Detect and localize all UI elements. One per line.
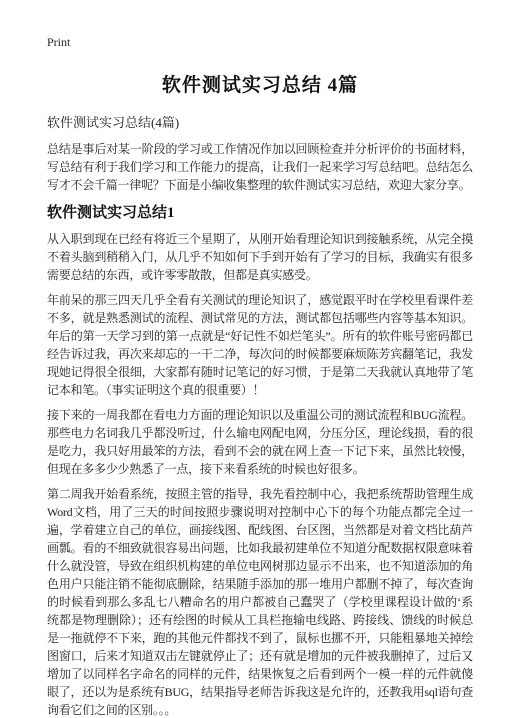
paragraph-3: 接下来的一周我都在看电力方面的理论知识以及重温公司的测试流程和BUG流程。那些电… xyxy=(47,406,473,478)
section-heading-1: 软件测试实习总结1 xyxy=(47,204,473,223)
paragraph-1: 从入职到现在已经有将近三个星期了，从刚开始看理论知识到接触系统，从完全摸不着头脑… xyxy=(47,230,473,284)
paragraph-2: 年前呆的那三四天几乎全看有关测试的理论知识了，感觉跟平时在学校里看课件差不多，就… xyxy=(47,291,473,399)
print-preview-page: Print 软件测试实习总结 4篇 软件测试实习总结(4篇) 总结是事后对某一阶… xyxy=(0,0,520,718)
paragraph-4: 第二周我开始看系统，按照主管的指导，我先看控制中心，我把系统帮助管理生成Word… xyxy=(47,485,473,718)
article-subtitle: 软件测试实习总结(4篇) xyxy=(47,114,473,131)
print-link[interactable]: Print xyxy=(47,35,70,49)
intro-paragraph: 总结是事后对某一阶段的学习或工作情况作加以回顾检查并分析评价的书面材料，写总结有… xyxy=(47,140,473,194)
article-title: 软件测试实习总结 4篇 xyxy=(47,73,473,99)
